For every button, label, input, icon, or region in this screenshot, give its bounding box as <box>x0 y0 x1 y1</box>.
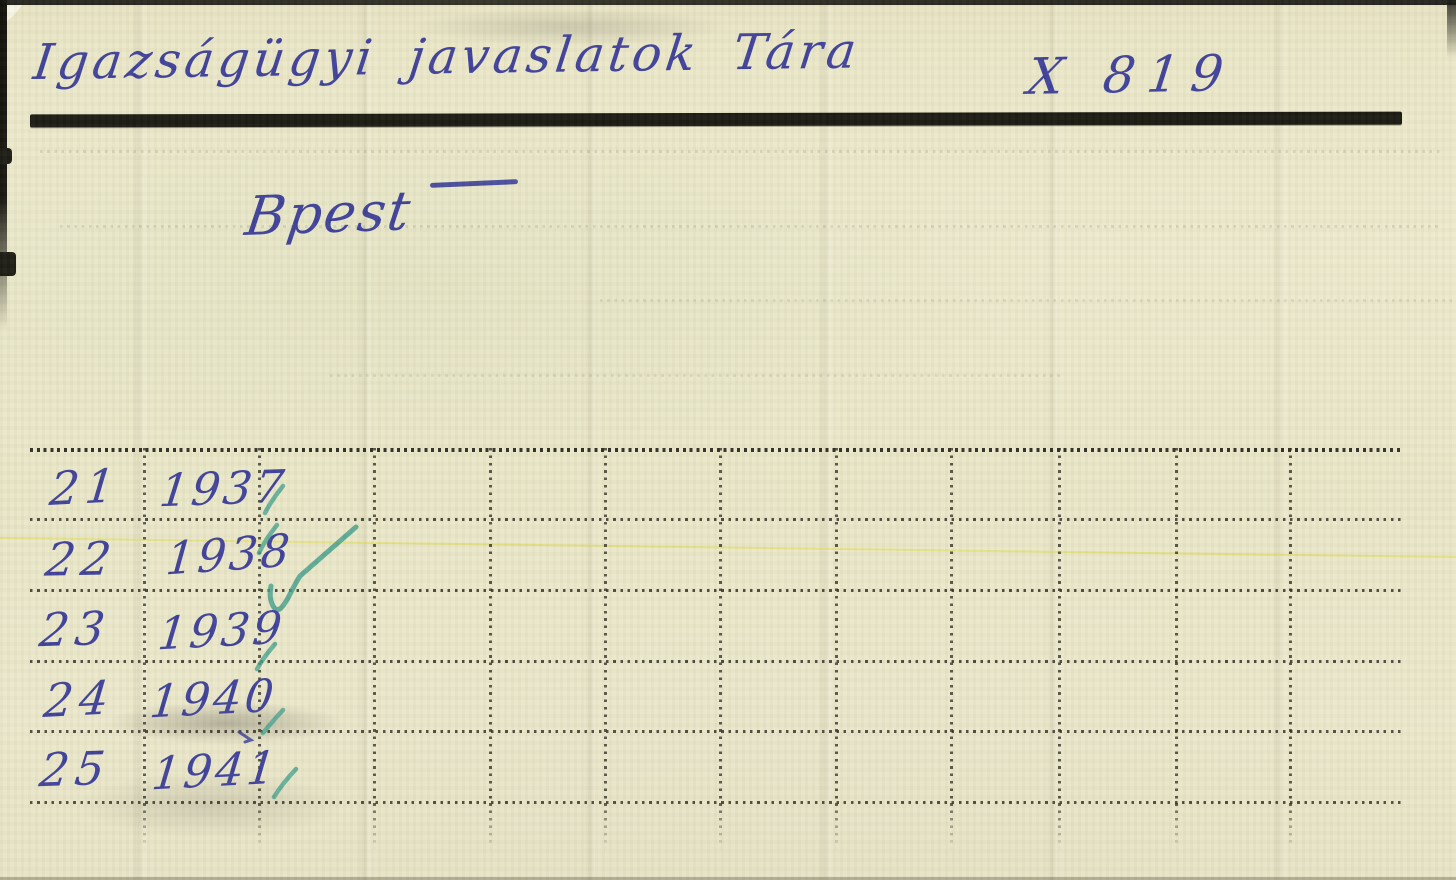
overline-mark <box>430 179 518 188</box>
holding-year: 1941 <box>149 741 281 801</box>
catalog-card: Igazságügyi javaslatok Tára X 819 Bpest … <box>0 0 1456 880</box>
card-title: Igazságügyi javaslatok Tára <box>30 22 863 91</box>
grid-line-vertical <box>489 448 492 850</box>
scan-edge-right <box>1447 0 1456 58</box>
grid-line-vertical <box>835 448 838 850</box>
place-abbreviation: Bpest <box>242 179 416 248</box>
catalog-number: X 819 <box>1024 44 1238 106</box>
grid-line-horizontal <box>30 589 1402 592</box>
paper-crease <box>132 0 150 880</box>
volume-number: 22 <box>42 531 120 586</box>
check-mark <box>252 640 280 672</box>
bleed-through-line <box>40 150 1440 153</box>
scan-edge-left <box>0 0 7 330</box>
grid-line-vertical <box>1289 448 1292 850</box>
volume-number: 25 <box>37 741 114 798</box>
bleed-through-line <box>600 299 1456 302</box>
paper-crease <box>1046 0 1064 880</box>
paper-crease <box>584 0 602 880</box>
grid-line-vertical <box>1058 448 1061 850</box>
grid-line-vertical <box>719 448 722 850</box>
volume-number: 21 <box>47 458 123 516</box>
grid-line-horizontal <box>30 660 1402 663</box>
scan-edge-top <box>0 0 1456 5</box>
bleed-through-line <box>330 374 1060 377</box>
check-mark <box>258 706 288 736</box>
grid-line-vertical <box>950 448 953 850</box>
volume-number: 23 <box>37 601 114 658</box>
scan-edge-mark <box>0 252 16 276</box>
grid-line-horizontal <box>30 448 1402 452</box>
grid-line-horizontal <box>30 801 1402 804</box>
check-mark <box>268 764 302 800</box>
title-underline-rule <box>30 112 1402 128</box>
grid-line-vertical <box>143 448 146 850</box>
grid-line-horizontal <box>30 518 1402 521</box>
grid-line-vertical <box>604 448 607 850</box>
check-mark <box>260 482 288 516</box>
volume-number: 24 <box>41 670 117 728</box>
scan-edge-mark <box>0 148 12 164</box>
paper-crease <box>1272 0 1290 880</box>
grid-line-vertical <box>373 448 376 850</box>
grid-line-vertical <box>1175 448 1178 850</box>
paper-crease <box>818 0 836 880</box>
